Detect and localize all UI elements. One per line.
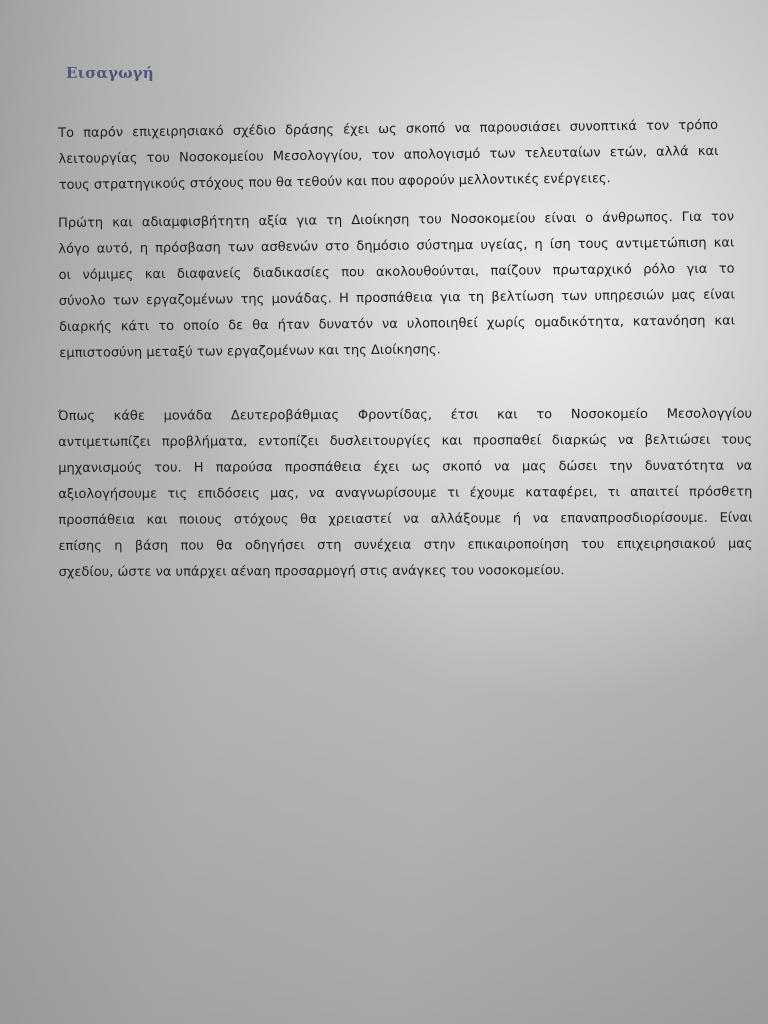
text-line: μηχανισμούς του. Η παρούσα προσπάθεια έχ…	[58, 454, 752, 482]
paragraph-purpose: Το παρόν επιχειρησιακό σχέδιο δράσης έχε…	[58, 113, 719, 199]
text-line: Όπως κάθε μονάδα Δευτεροβάθμιας Φροντίδα…	[58, 402, 752, 430]
text-line: εμπιστοσύνη μεταξύ των εργαζομένων και τ…	[59, 335, 735, 367]
text-line: σχεδίου, ώστε να υπάρχει αέναη προσαρμογ…	[59, 558, 753, 586]
text-line: προσπάθεια και ποιους στόχους θα χρειαστ…	[58, 506, 752, 534]
text-line: αξιολογήσουμε τις επιδόσεις μας, να αναγ…	[58, 480, 752, 508]
document-page: Εισαγωγή Το παρόν επιχειρησιακό σχέδιο δ…	[0, 0, 768, 1024]
section-heading: Εισαγωγή	[66, 64, 154, 82]
paragraph-challenges: Όπως κάθε μονάδα Δευτεροβάθμιας Φροντίδα…	[58, 402, 753, 586]
text-line: επίσης η βάση που θα οδηγήσει στη συνέχε…	[58, 532, 752, 560]
paragraph-values: Πρώτη και αδιαμφισβήτητη αξία για τη Διο…	[58, 205, 735, 367]
text-line: αντιμετωπίζει προβλήματα, εντοπίζει δυσλ…	[58, 428, 752, 456]
